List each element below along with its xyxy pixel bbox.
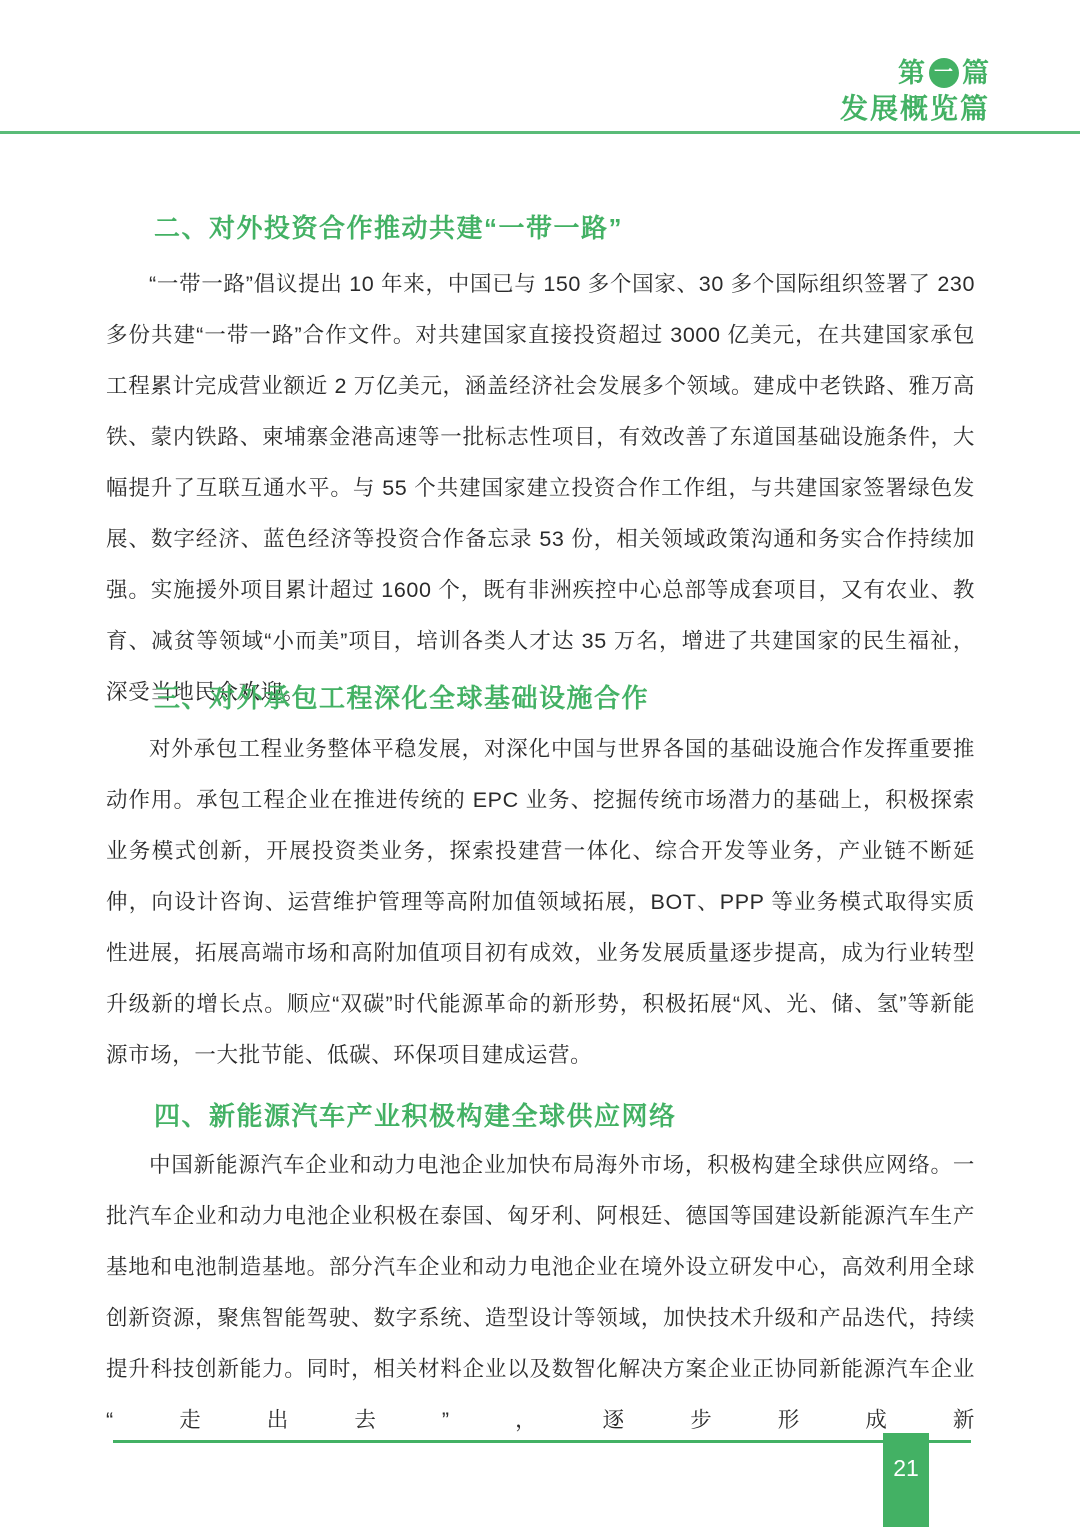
part-number-circle: 一: [929, 58, 959, 88]
section-body-contracted-projects: 对外承包工程业务整体平稳发展，对深化中国与世界各国的基础设施合作发挥重要推动作用…: [106, 724, 975, 1081]
part-suffix: 篇: [962, 56, 990, 90]
header-subtitle: 发展概览篇: [840, 90, 990, 127]
section-heading-belt-and-road: 二、对外投资合作推动共建“一带一路”: [154, 208, 623, 245]
footer-rule: [113, 1440, 971, 1443]
section-heading-contracted-projects: 三、对外承包工程深化全球基础设施合作: [154, 678, 649, 715]
header-rule: [0, 131, 1080, 134]
page-number: 21: [893, 1455, 919, 1481]
page-number-badge: 21: [883, 1433, 929, 1527]
section-heading-nev-industry: 四、新能源汽车产业积极构建全球供应网络: [154, 1096, 677, 1133]
section-body-belt-and-road: “一带一路”倡议提出 10 年来，中国已与 150 多个国家、30 多个国际组织…: [106, 259, 975, 718]
part-number: 一: [934, 56, 954, 90]
section-body-nev-industry: 中国新能源汽车企业和动力电池企业加快布局海外市场，积极构建全球供应网络。一批汽车…: [106, 1140, 975, 1446]
part-title: 第 一 篇: [840, 56, 990, 90]
report-page: 第 一 篇 发展概览篇 二、对外投资合作推动共建“一带一路” “一带一路”倡议提…: [0, 0, 1080, 1527]
page-header: 第 一 篇 发展概览篇: [840, 56, 990, 127]
part-prefix: 第: [898, 56, 926, 90]
